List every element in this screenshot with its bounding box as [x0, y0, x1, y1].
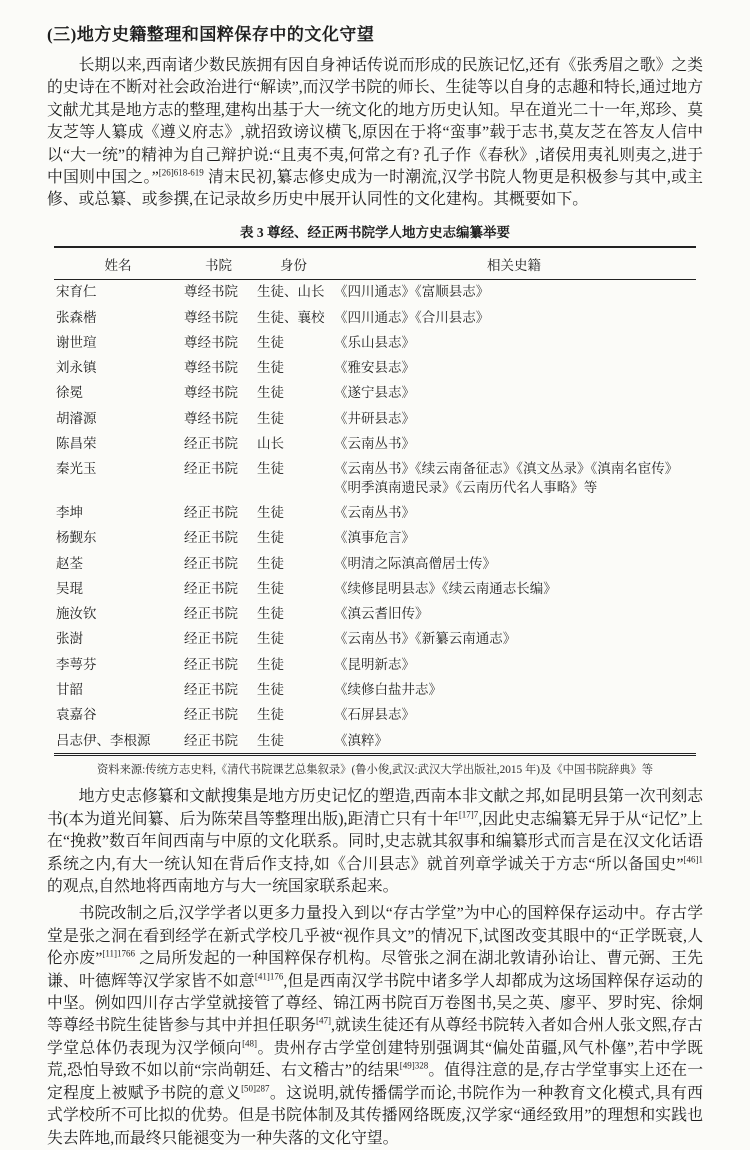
table-cell: 《滇事危言》 [332, 526, 696, 551]
table-cell: 胡濬源 [54, 406, 182, 431]
table-cell: 《续修白盐井志》 [332, 678, 696, 703]
table-row: 施汝钦经正书院生徒《滇云耆旧传》 [54, 602, 696, 627]
table-cell: 经正书院 [182, 678, 255, 703]
table-row: 袁嘉谷经正书院生徒《石屏县志》 [54, 703, 696, 728]
compilation-table: 姓名 书院 身份 相关史籍 宋育仁尊经书院生徒、山长《四川通志》《富顺县志》张森… [54, 246, 696, 757]
table-cell: 生徒 [255, 526, 332, 551]
table-cell: 山长 [255, 432, 332, 457]
col-header-role: 身份 [255, 247, 332, 280]
table-cell: 赵荃 [54, 551, 182, 576]
table-cell: 谢世瑄 [54, 330, 182, 355]
table-cell: 李坤 [54, 501, 182, 526]
table-cell: 吕志伊、李根源 [54, 728, 182, 755]
table-cell: 经正书院 [182, 457, 255, 501]
section-heading: (三)地方史籍整理和国粹保存中的文化守望 [47, 20, 703, 45]
table-cell: 生徒 [255, 551, 332, 576]
table-cell: 生徒 [255, 457, 332, 501]
table-cell: 经正书院 [182, 576, 255, 601]
table-cell: 刘永镇 [54, 356, 182, 381]
table-source-note: 资料来源:传统方志史料,《清代书院课艺总集叙录》(鲁小俊,武汉:武汉大学出版社,… [47, 761, 703, 777]
citation-superscript: [50]287 [241, 1083, 270, 1093]
table-cell: 尊经书院 [182, 356, 255, 381]
table-cell: 《云南丛书》《续云南备征志》《滇文丛录》《滇南名宦传》《明季滇南遗民录》《云南历… [332, 457, 696, 501]
table-cell: 生徒、襄校 [255, 305, 332, 330]
table-cell: 李萼芬 [54, 652, 182, 677]
table-cell: 生徒 [255, 576, 332, 601]
table-cell: 《石屏县志》 [332, 703, 696, 728]
table-cell: 生徒 [255, 627, 332, 652]
citation-superscript: [48] [242, 1039, 257, 1049]
table-cell: 尊经书院 [182, 305, 255, 330]
table-row: 徐冕尊经书院生徒《遂宁县志》 [54, 381, 696, 406]
table-cell: 生徒 [255, 381, 332, 406]
table-cell: 宋育仁 [54, 279, 182, 305]
table-cell: 生徒、山长 [255, 279, 332, 305]
table-cell: 经正书院 [182, 652, 255, 677]
paper-page: (三)地方史籍整理和国粹保存中的文化守望 长期以来,西南诸少数民族拥有因自身神话… [0, 0, 750, 1150]
table-cell: 张森楷 [54, 305, 182, 330]
table-row: 张森楷尊经书院生徒、襄校《四川通志》《合川县志》 [54, 305, 696, 330]
table-cell: 经正书院 [182, 526, 255, 551]
table-cell: 袁嘉谷 [54, 703, 182, 728]
table-cell: 徐冕 [54, 381, 182, 406]
paragraph: 书院改制之后,汉学学者以更多力量投入到以“存古学堂”为中心的国粹保存运动中。存古… [47, 903, 703, 1149]
table-cell: 《昆明新志》 [332, 652, 696, 677]
table-row: 刘永镇尊经书院生徒《雅安县志》 [54, 356, 696, 381]
table-cell: 生徒 [255, 728, 332, 755]
citation-superscript: [11]1766 [102, 949, 135, 959]
table-cell: 尊经书院 [182, 279, 255, 305]
citation-superscript: [41]176 [255, 971, 284, 981]
table-row: 吴琨经正书院生徒《续修昆明县志》《续云南通志长编》 [54, 576, 696, 601]
table-cell: 生徒 [255, 678, 332, 703]
citation-superscript: [46]1 [684, 854, 704, 864]
table-cell: 经正书院 [182, 703, 255, 728]
table-cell: 经正书院 [182, 627, 255, 652]
table-cell: 甘韶 [54, 678, 182, 703]
table-row: 秦光玉经正书院生徒《云南丛书》《续云南备征志》《滇文丛录》《滇南名宦传》《明季滇… [54, 457, 696, 501]
table-cell: 杨觐东 [54, 526, 182, 551]
table-cell: 《明清之际滇高僧居士传》 [332, 551, 696, 576]
table-row: 宋育仁尊经书院生徒、山长《四川通志》《富顺县志》 [54, 279, 696, 305]
table-row: 李坤经正书院生徒《云南丛书》 [54, 501, 696, 526]
paragraph-block-bottom: 地方史志修纂和文献搜集是地方历史记忆的塑造,西南本非文献之邦,如昆明县第一次刊刻… [47, 786, 703, 1150]
table-cell: 生徒 [255, 330, 332, 355]
table-cell: 生徒 [255, 406, 332, 431]
table-cell: 《云南丛书》 [332, 501, 696, 526]
table-row: 杨觐东经正书院生徒《滇事危言》 [54, 526, 696, 551]
table-cell: 尊经书院 [182, 406, 255, 431]
citation-superscript: [17]7 [459, 810, 479, 820]
table-cell: 《滇粹》 [332, 728, 696, 755]
table-row: 谢世瑄尊经书院生徒《乐山县志》 [54, 330, 696, 355]
table-cell: 秦光玉 [54, 457, 182, 501]
table-cell: 施汝钦 [54, 602, 182, 627]
table-row: 甘韶经正书院生徒《续修白盐井志》 [54, 678, 696, 703]
table-cell: 《续修昆明县志》《续云南通志长编》 [332, 576, 696, 601]
table-cell: 《四川通志》《合川县志》 [332, 305, 696, 330]
table-cell: 尊经书院 [182, 381, 255, 406]
table-row: 吕志伊、李根源经正书院生徒《滇粹》 [54, 728, 696, 755]
table-row: 陈昌荣经正书院山长《云南丛书》 [54, 432, 696, 457]
table-cell: 生徒 [255, 602, 332, 627]
table-cell: 《遂宁县志》 [332, 381, 696, 406]
table-cell: 《云南丛书》《新纂云南通志》 [332, 627, 696, 652]
table-cell: 《乐山县志》 [332, 330, 696, 355]
table-cell: 《四川通志》《富顺县志》 [332, 279, 696, 305]
table-cell: 经正书院 [182, 501, 255, 526]
citation-superscript: [49]328 [400, 1061, 429, 1071]
table-cell: 生徒 [255, 652, 332, 677]
paragraph: 地方史志修纂和文献搜集是地方历史记忆的塑造,西南本非文献之邦,如昆明县第一次刊刻… [47, 786, 703, 898]
table-cell: 张澍 [54, 627, 182, 652]
table-cell: 尊经书院 [182, 330, 255, 355]
table-cell: 《井研县志》 [332, 406, 696, 431]
table-cell: 经正书院 [182, 602, 255, 627]
table-cell: 生徒 [255, 703, 332, 728]
table-cell: 经正书院 [182, 432, 255, 457]
col-header-name: 姓名 [54, 247, 182, 280]
table-cell: 陈昌荣 [54, 432, 182, 457]
table-cell: 吴琨 [54, 576, 182, 601]
table-row: 胡濬源尊经书院生徒《井研县志》 [54, 406, 696, 431]
citation-superscript: [47] [316, 1016, 331, 1026]
paragraph-block-top: 长期以来,西南诸少数民族拥有因自身神话传说而形成的民族记忆,还有《张秀眉之歌》之… [47, 55, 703, 212]
table-caption: 表 3 尊经、经正两书院学人地方史志编纂举要 [47, 221, 703, 241]
col-header-academy: 书院 [182, 247, 255, 280]
table-row: 李萼芬经正书院生徒《昆明新志》 [54, 652, 696, 677]
table-row: 张澍经正书院生徒《云南丛书》《新纂云南通志》 [54, 627, 696, 652]
col-header-records: 相关史籍 [332, 247, 696, 280]
table-cell: 生徒 [255, 356, 332, 381]
paragraph: 长期以来,西南诸少数民族拥有因自身神话传说而形成的民族记忆,还有《张秀眉之歌》之… [47, 55, 703, 212]
table-cell: 《雅安县志》 [332, 356, 696, 381]
table-cell: 《滇云耆旧传》 [332, 602, 696, 627]
table-cell: 经正书院 [182, 728, 255, 755]
table-header-row: 姓名 书院 身份 相关史籍 [54, 247, 696, 280]
table-row: 赵荃经正书院生徒《明清之际滇高僧居士传》 [54, 551, 696, 576]
table-cell: 生徒 [255, 501, 332, 526]
table-cell: 《云南丛书》 [332, 432, 696, 457]
table-cell: 经正书院 [182, 551, 255, 576]
citation-superscript: [26]618-619 [159, 168, 204, 178]
